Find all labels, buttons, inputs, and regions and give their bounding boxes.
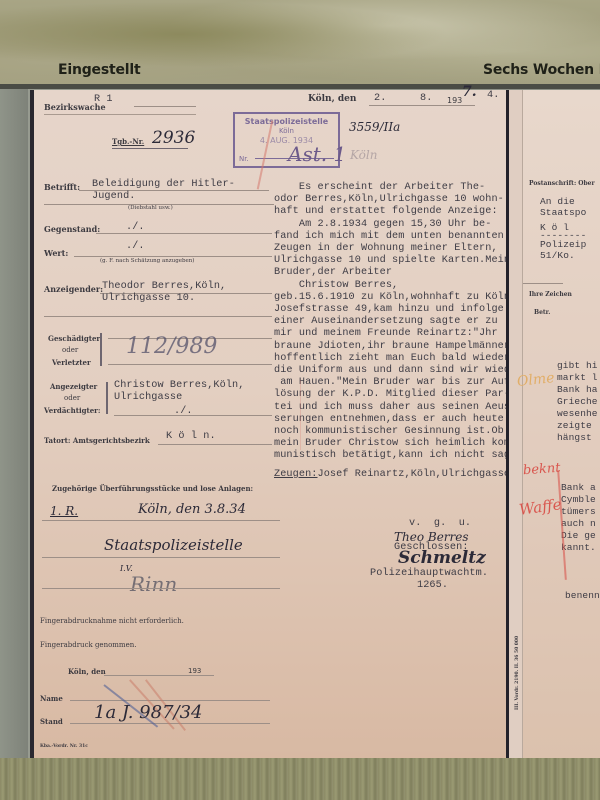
body-line: Christow Berres,	[274, 280, 529, 292]
tgb-number: 2936	[152, 128, 195, 148]
name-label: Name	[40, 694, 63, 703]
text-line: hängst	[557, 432, 598, 444]
city-date-prefix: Köln, den	[308, 94, 356, 104]
date-month: 8.	[420, 93, 432, 104]
body-line: lösung der K.P.D. Mitglied dieser Par-	[274, 389, 529, 401]
signature-officer: Schmeltz	[398, 548, 486, 568]
stamp-handwritten-mark: Ast. 1	[288, 142, 346, 166]
angezeigter-oder: oder	[64, 394, 80, 402]
body-line: haft und erstattet folgende Anzeige:	[274, 206, 529, 218]
body-line: Es erscheint der Arbeiter The-	[274, 182, 529, 194]
date-day: 2.	[374, 93, 386, 104]
finger-not-required: Fingerabdrucknahme nicht erforderlich.	[40, 617, 184, 625]
vgu: v. g. u.	[409, 518, 471, 529]
body-line: Josefstrasse 49,kam hinzu und infolge	[274, 304, 529, 316]
body-line: noch kommunistischer Gesinnung ist.Ob	[274, 426, 529, 438]
verdaechtigter-label: Verdächtigter:	[44, 406, 100, 415]
handwritten-signature-rinn: Rinn	[130, 572, 177, 596]
text-line: Die ge	[561, 530, 596, 542]
verletzter-label: Verletzter	[52, 358, 91, 367]
body-line: geb.15.6.1910 zu Köln,wohnhaft zu Köln,	[274, 292, 529, 304]
yellow-margin-note: Olme	[516, 370, 555, 390]
stand-label: Stand	[40, 717, 63, 726]
anzeigender-line1: Theodor Berres,Köln,	[102, 281, 226, 292]
address-block: An die Staatspo K ö l -------- Polizeip …	[540, 196, 586, 261]
handwritten-file-number: 1a J. 987/34	[94, 702, 203, 723]
vertical-form-code: III. Vordr. 2190. II. 36 50 000	[515, 636, 520, 710]
handwritten-date: Köln, den 3.8.34	[138, 502, 246, 517]
betrifft-label: Betrifft:	[44, 182, 80, 192]
office-label: Bezirkswache	[44, 102, 106, 112]
text-line: kannt.	[561, 542, 596, 554]
anlagen-label: Zugehörige Überführungsstücke und lose A…	[52, 484, 253, 493]
handwritten-office: Staatspolizeistelle	[104, 536, 243, 554]
body-line: munistisch betätigt,kann ich nicht sagen…	[274, 450, 529, 462]
second-doc-text-b: Bank a Cymble tümers auch n Die ge kannt…	[561, 482, 596, 554]
red-margin-note-2: Waffe	[518, 495, 563, 519]
body-line: Zeugen in der Wohnung meiner Eltern,	[274, 243, 529, 255]
betr-label: Betr.	[534, 309, 550, 316]
police-report-document: 7. R 1 Bezirkswache Tgb.-Nr. 2936 Köln, …	[30, 90, 506, 758]
text-line: Bank ha	[557, 384, 598, 396]
date-year-suffix: 4.	[487, 90, 499, 101]
board-left-strip	[0, 89, 28, 759]
exhibit-label-left: Eingestellt	[58, 62, 140, 78]
text-line: auch n	[561, 518, 596, 530]
tgb-label: Tgb.-Nr.	[112, 137, 144, 146]
year-193: 193	[188, 667, 201, 675]
angezeigter-line2: Ulrichgasse	[114, 392, 182, 403]
second-doc-text-a: gibt hi markt l Bank ha Grieche wesenhe …	[557, 360, 598, 444]
gegenstand-value: ./.	[126, 222, 145, 233]
tatort-label: Tatort: Amtsgerichtsbezirk	[44, 436, 150, 445]
text-line: markt l	[557, 372, 598, 384]
witness-label: Zeugen:	[274, 469, 318, 480]
geschaedigter-oder: oder	[62, 346, 78, 354]
koeln-den: Köln, den	[68, 667, 106, 676]
body-line: braune Jdioten,ihr braune Hampelmänner,	[274, 341, 529, 353]
text-line: gibt hi	[557, 360, 598, 372]
finger-taken: Fingerabdruck genommen.	[40, 641, 136, 649]
body-line: Ulrichgasse 10 und spielte Karten.Mein	[274, 255, 529, 267]
body-line: mein Bruder Christow sich heimlich kom-	[274, 438, 529, 450]
form-code: Kba.-Vordr. Nr. 31c	[40, 744, 88, 749]
exhibit-label-right: Sechs Wochen H	[483, 62, 600, 78]
address-line: 51/Ko.	[540, 250, 586, 261]
ihre-zeichen-label: Ihre Zeichen	[529, 291, 572, 298]
betrifft-hint: (Diebstahl usw.)	[128, 205, 173, 211]
report-body: Es erscheint der Arbeiter The- odor Berr…	[274, 182, 529, 481]
body-line: serungen entnehmen,dass er auch heute	[274, 414, 529, 426]
body-line: Am 2.8.1934 gegen 15,30 Uhr be-	[274, 219, 529, 231]
body-line: mir und meinem Freunde Reinartz:"Jhr	[274, 328, 529, 340]
officer-badge: 1265.	[417, 580, 448, 591]
body-line: einer Auseinandersetzung sagte er zu	[274, 316, 529, 328]
text-line: Grieche	[557, 396, 598, 408]
postanschrift-label: Postanschrift: Ober	[529, 180, 595, 187]
faint-pencil-note: Köln	[350, 148, 377, 162]
anzeigender-line2: Ulrichgasse 10.	[102, 293, 195, 304]
body-line: Bruder,der Arbeiter	[274, 267, 529, 279]
betrifft-line2: Jugend.	[92, 191, 136, 202]
body-line: die Uniform aus und dann sind wir wieder	[274, 365, 529, 377]
body-line: hoffentlich zieht man Euch bald wieder	[274, 353, 529, 365]
angezeigter-label: Angezeigter	[50, 382, 97, 391]
carpet-floor	[0, 758, 600, 800]
stamp-line1: Staatspolizeistelle	[235, 117, 338, 126]
geschaedigter-label: Geschädigter	[48, 334, 100, 343]
second-document: Postanschrift: Ober An die Staatspo K ö …	[509, 90, 600, 758]
address-line: Staatspo	[540, 207, 586, 218]
wert-value: ./.	[126, 241, 145, 252]
text-line: zeigte	[557, 420, 598, 432]
wert-hint: (g. F. nach Schätzung anzugeben)	[100, 258, 194, 264]
body-line: odor Berres,Köln,Ulrichgasse 10 wohn-	[274, 194, 529, 206]
address-line: An die	[540, 196, 586, 207]
stamp-reference: 3559/IIa	[349, 120, 400, 134]
address-line: Polizeip	[540, 239, 586, 250]
angezeigter-line1: Christow Berres,Köln,	[114, 380, 244, 391]
text-line: wesenhe	[557, 408, 598, 420]
anzeigender-label: Anzeigender:	[44, 284, 103, 294]
corner-mark: 7.	[462, 84, 477, 100]
body-line: am Hauen."Mein Bruder war bis zur Auf-	[274, 377, 529, 389]
red-margin-note-1: beknt	[523, 461, 561, 479]
betrifft-line1: Beleidigung der Hitler-	[92, 179, 235, 190]
stamp-line2: Köln	[235, 127, 338, 135]
stamp-nr-label: Nr.	[239, 155, 249, 163]
mark-1r: 1. R.	[50, 504, 78, 518]
body-line: tei und ich muss daher aus seinen Aeus-	[274, 402, 529, 414]
tatort-value: K ö l n.	[166, 431, 216, 442]
date-year-prefix: 193	[447, 96, 462, 105]
text-line: Bank a	[561, 482, 596, 494]
body-line: fand ich mich mit dem unten benannten	[274, 231, 529, 243]
text-line: Cymble	[561, 494, 596, 506]
wert-label: Wert:	[44, 248, 68, 258]
second-doc-text-end: benenn	[565, 590, 600, 601]
text-line: tümers	[561, 506, 596, 518]
gegenstand-label: Gegenstand:	[44, 224, 100, 234]
officer-rank: Polizeihauptwachtm.	[370, 568, 488, 579]
witness-value: Josef Reinartz,Köln,Ulrichgasse 10	[318, 469, 529, 480]
witness-line: Zeugen:Josef Reinartz,Köln,Ulrichgasse 1…	[274, 469, 529, 481]
geschaedigter-handwritten-number: 112/989	[126, 334, 217, 359]
